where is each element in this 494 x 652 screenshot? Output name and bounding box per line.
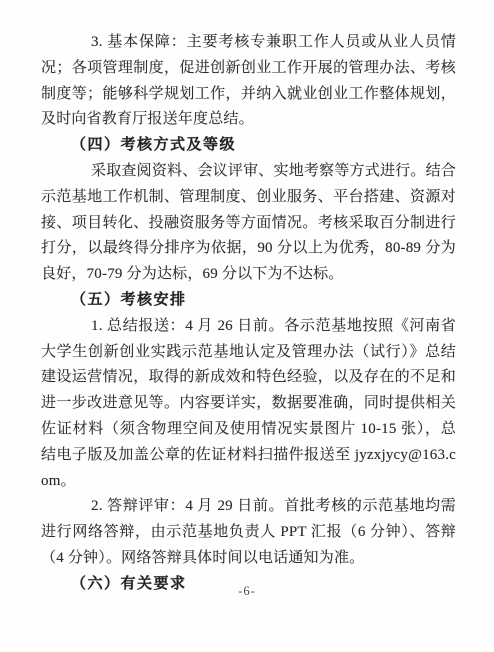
document-page: 3. 基本保障：主要考核专兼职工作人员或从业人员情况；各项管理制度，促进创新创业…	[0, 0, 494, 652]
page-number: -6-	[0, 584, 494, 599]
paragraph-summary-submission: 1. 总结报送：4 月 26 日前。各示范基地按照《河南省大学生创新创业实践示范…	[41, 314, 456, 495]
document-body: 3. 基本保障：主要考核专兼职工作人员或从业人员情况；各项管理制度，促进创新创业…	[41, 30, 456, 598]
paragraph-assessment-method-detail: 采取查阅资料、会议评审、实地考察等方式进行。结合示范基地工作机制、管理制度、创业…	[41, 159, 456, 288]
heading-section-4-assessment-method: （四）考核方式及等级	[41, 133, 456, 159]
heading-section-5-assessment-schedule: （五）考核安排	[41, 288, 456, 314]
paragraph-basic-support: 3. 基本保障：主要考核专兼职工作人员或从业人员情况；各项管理制度，促进创新创业…	[41, 30, 456, 133]
paragraph-defense-review: 2. 答辩评审：4 月 29 日前。首批考核的示范基地均需进行网络答辩，由示范基…	[41, 494, 456, 571]
